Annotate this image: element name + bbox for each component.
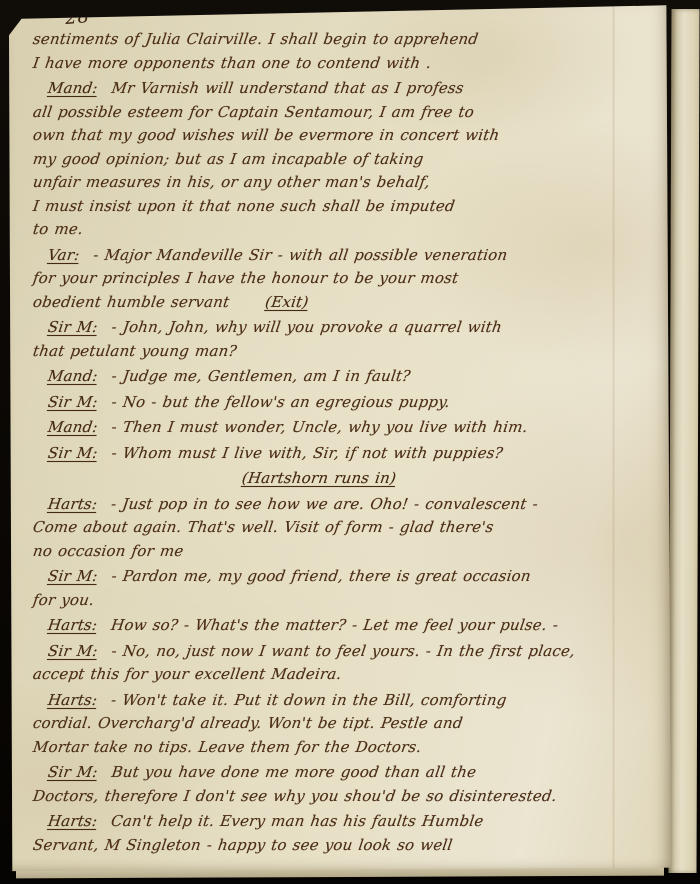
line-text: - No - but the fellow's an egregious pup…: [110, 393, 451, 411]
manuscript-line: sentiments of Julia Clairville. I shall …: [31, 28, 646, 52]
speaker-label: Mand:: [47, 367, 99, 385]
line-text: - Just pop in to see how we are. Oho! - …: [110, 495, 539, 513]
manuscript-line: obedient humble servant (Exit): [31, 291, 646, 315]
manuscript-line: I must insist upon it that none such sha…: [31, 195, 646, 219]
manuscript-line: Sir M: - No, no, just now I want to feel…: [31, 640, 646, 664]
manuscript-line: Mand: Mr Varnish will understand that as…: [31, 77, 646, 101]
stage-direction: (Exit): [264, 293, 310, 311]
line-text: to me.: [32, 220, 84, 238]
manuscript-line: that petulant young man?: [31, 340, 646, 364]
line-text: But you have done me more good than all …: [110, 763, 477, 781]
manuscript-line: for you.: [31, 589, 646, 613]
line-text: I must insist upon it that none such sha…: [32, 197, 456, 215]
line-text: obedient humble servant: [32, 293, 231, 311]
line-text: - Then I must wonder, Uncle, why you liv…: [110, 418, 529, 436]
manuscript-line: to me.: [31, 218, 646, 242]
manuscript-line: no occasion for me: [31, 540, 646, 564]
manuscript-line: own that my good wishes will be evermore…: [31, 124, 646, 148]
manuscript-line: Mand: - Judge me, Gentlemen, am I in fau…: [31, 365, 646, 389]
line-text: cordial. Overcharg'd already. Won't be t…: [32, 714, 464, 732]
manuscript-line: Sir M: - Whom must I live with, Sir, if …: [31, 442, 646, 466]
line-text: all possible esteem for Captain Sentamou…: [32, 103, 475, 121]
manuscript-line: Sir M: - Pardon me, my good friend, ther…: [31, 565, 646, 589]
stage-direction: (Hartshorn runs in): [241, 469, 398, 487]
manuscript-line: Doctors, therefore I don't see why you s…: [31, 785, 646, 809]
manuscript-line: unfair measures in his, or any other man…: [31, 171, 646, 195]
manuscript-line: cordial. Overcharg'd already. Won't be t…: [31, 712, 646, 736]
line-text: accept this for your excellent Madeira.: [32, 665, 343, 683]
line-text: Servant, M Singleton - happy to see you …: [32, 836, 454, 854]
line-text: - Won't take it. Put it down in the Bill…: [110, 691, 508, 709]
speaker-label: Harts:: [47, 616, 99, 634]
line-text: - Whom must I live with, Sir, if not wit…: [110, 444, 504, 462]
speaker-label: Harts:: [47, 812, 99, 830]
manuscript-page: 28 sentiments of Julia Clairville. I sha…: [9, 4, 671, 872]
manuscript-line: all possible esteem for Captain Sentamou…: [31, 101, 646, 125]
manuscript-text: sentiments of Julia Clairville. I shall …: [33, 28, 645, 857]
speaker-label: Sir M:: [47, 567, 99, 585]
manuscript-photo: 28 sentiments of Julia Clairville. I sha…: [0, 0, 700, 884]
manuscript-line: I have more opponents than one to conten…: [31, 52, 646, 76]
line-text: Doctors, therefore I don't see why you s…: [32, 787, 558, 805]
speaker-label: Harts:: [47, 495, 99, 513]
manuscript-line: Sir M: But you have done me more good th…: [31, 761, 646, 785]
line-text: unfair measures in his, or any other man…: [32, 173, 431, 191]
manuscript-line: Harts: - Won't take it. Put it down in t…: [31, 689, 646, 713]
line-text: sentiments of Julia Clairville. I shall …: [32, 30, 480, 48]
speaker-label: Sir M:: [47, 763, 99, 781]
line-text: - Judge me, Gentlemen, am I in fault?: [110, 367, 411, 385]
speaker-label: Sir M:: [47, 444, 99, 462]
manuscript-line: Harts: How so? - What's the matter? - Le…: [31, 614, 646, 638]
manuscript-line: for your principles I have the honour to…: [31, 267, 646, 291]
line-text: - Major Mandeville Sir - with all possib…: [92, 246, 508, 264]
manuscript-line: Harts: - Just pop in to see how we are. …: [31, 493, 646, 517]
line-text: - John, John, why will you provoke a qua…: [110, 318, 503, 336]
line-text: - No, no, just now I want to feel yours.…: [110, 642, 576, 660]
manuscript-line: Come about again. That's well. Visit of …: [31, 516, 646, 540]
line-text: I have more opponents than one to conten…: [32, 54, 433, 72]
speaker-label: Harts:: [47, 691, 99, 709]
line-text: - Pardon me, my good friend, there is gr…: [110, 567, 532, 585]
line-text: How so? - What's the matter? - Let me fe…: [110, 616, 559, 634]
manuscript-line: Mortar take no tips. Leave them for the …: [31, 736, 646, 760]
line-text: for you.: [32, 591, 96, 609]
line-text: my good opinion; but as I am incapable o…: [32, 150, 425, 168]
line-text: that petulant young man?: [32, 342, 238, 360]
speaker-label: Sir M:: [47, 393, 99, 411]
speaker-label: Mand:: [47, 418, 99, 436]
manuscript-line: accept this for your excellent Madeira.: [31, 663, 646, 687]
line-text: Mr Varnish will understand that as I pro…: [110, 79, 465, 97]
line-text: Can't help it. Every man has his faults …: [110, 812, 485, 830]
manuscript-line: Sir M: - John, John, why will you provok…: [31, 316, 646, 340]
line-text: for your principles I have the honour to…: [32, 269, 460, 287]
manuscript-line: Mand: - Then I must wonder, Uncle, why y…: [31, 416, 646, 440]
speaker-label: Sir M:: [47, 642, 99, 660]
line-text: Come about again. That's well. Visit of …: [32, 518, 495, 536]
line-text: Mortar take no tips. Leave them for the …: [32, 738, 423, 756]
speaker-label: Sir M:: [47, 318, 99, 336]
manuscript-line: Harts: Can't help it. Every man has his …: [31, 810, 646, 834]
manuscript-line: Servant, M Singleton - happy to see you …: [31, 834, 646, 858]
page-number: 28: [64, 6, 91, 29]
speaker-label: Mand:: [47, 79, 99, 97]
manuscript-line: my good opinion; but as I am incapable o…: [31, 148, 646, 172]
line-text: own that my good wishes will be evermore…: [32, 126, 501, 144]
speaker-label: Var:: [47, 246, 81, 264]
manuscript-line: (Hartshorn runs in): [31, 467, 646, 491]
line-text: no occasion for me: [32, 542, 185, 560]
manuscript-line: Var: - Major Mandeville Sir - with all p…: [31, 244, 646, 268]
manuscript-line: Sir M: - No - but the fellow's an egregi…: [31, 391, 646, 415]
next-page-edge: [668, 9, 699, 873]
